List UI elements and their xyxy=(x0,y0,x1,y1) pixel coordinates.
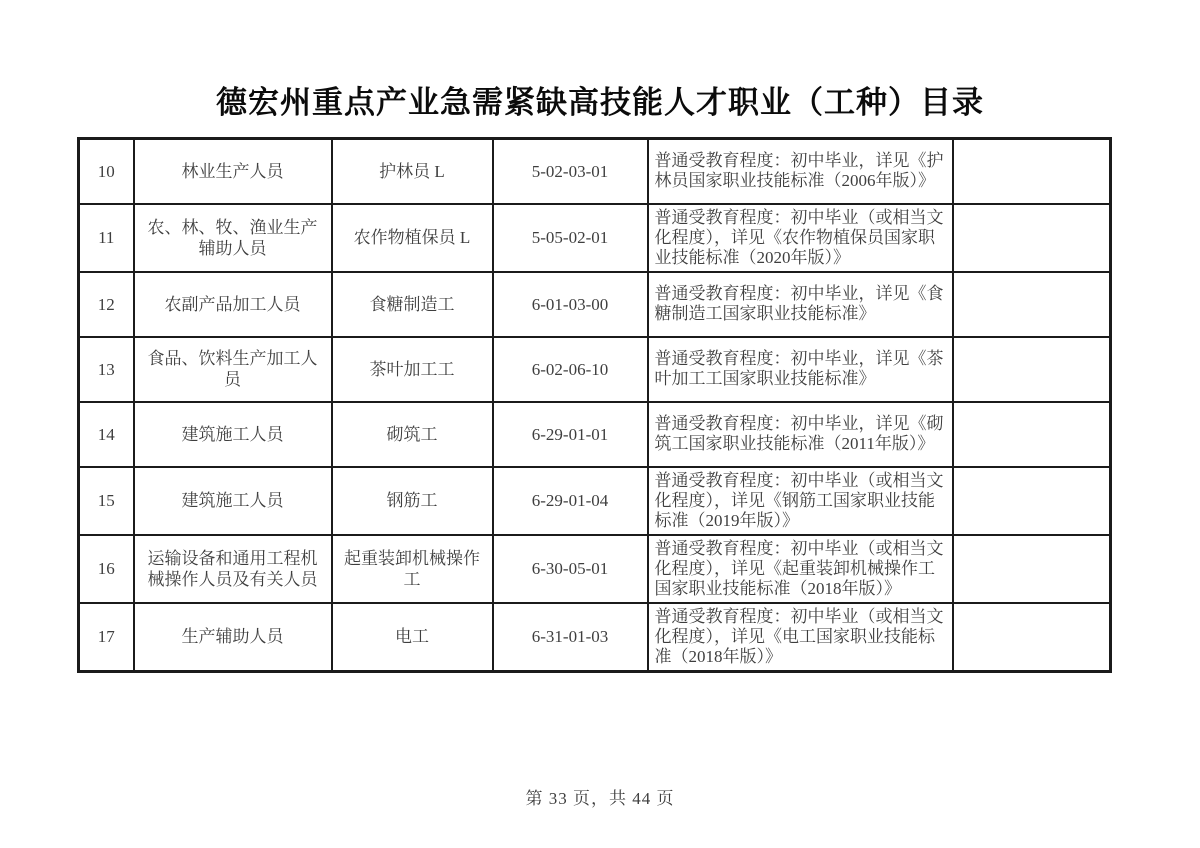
occupation-cell: 农作物植保员 L xyxy=(332,204,493,272)
code-cell: 6-31-01-03 xyxy=(493,603,648,672)
row-number-cell: 11 xyxy=(79,204,134,272)
code-cell: 6-29-01-04 xyxy=(493,467,648,535)
note-cell xyxy=(953,535,1111,603)
note-cell xyxy=(953,204,1111,272)
row-number-cell: 17 xyxy=(79,603,134,672)
table-row: 15 建筑施工人员 钢筋工 6-29-01-04 普通受教育程度：初中毕业（或相… xyxy=(79,467,1111,535)
table-row: 14 建筑施工人员 砌筑工 6-29-01-01 普通受教育程度：初中毕业，详见… xyxy=(79,402,1111,467)
row-number-cell: 15 xyxy=(79,467,134,535)
table-row: 11 农、林、牧、渔业生产辅助人员 农作物植保员 L 5-05-02-01 普通… xyxy=(79,204,1111,272)
note-cell xyxy=(953,337,1111,402)
occupation-cell: 茶叶加工工 xyxy=(332,337,493,402)
occupation-cell: 钢筋工 xyxy=(332,467,493,535)
occupation-cell: 电工 xyxy=(332,603,493,672)
occupation-cell: 砌筑工 xyxy=(332,402,493,467)
requirement-cell: 普通受教育程度：初中毕业（或相当文化程度），详见《钢筋工国家职业技能标准（201… xyxy=(648,467,953,535)
category-cell: 食品、饮料生产加工人员 xyxy=(134,337,332,402)
code-cell: 5-05-02-01 xyxy=(493,204,648,272)
requirement-cell: 普通受教育程度：初中毕业，详见《茶叶加工工国家职业技能标准》 xyxy=(648,337,953,402)
category-cell: 生产辅助人员 xyxy=(134,603,332,672)
row-number-cell: 16 xyxy=(79,535,134,603)
table-row: 16 运输设备和通用工程机械操作人员及有关人员 起重装卸机械操作工 6-30-0… xyxy=(79,535,1111,603)
note-cell xyxy=(953,467,1111,535)
row-number-cell: 12 xyxy=(79,272,134,337)
category-cell: 农副产品加工人员 xyxy=(134,272,332,337)
code-cell: 5-02-03-01 xyxy=(493,139,648,204)
requirement-cell: 普通受教育程度：初中毕业，详见《砌筑工国家职业技能标准（2011年版）》 xyxy=(648,402,953,467)
requirement-cell: 普通受教育程度：初中毕业，详见《护林员国家职业技能标准（2006年版）》 xyxy=(648,139,953,204)
category-cell: 建筑施工人员 xyxy=(134,402,332,467)
table-row: 12 农副产品加工人员 食糖制造工 6-01-03-00 普通受教育程度：初中毕… xyxy=(79,272,1111,337)
code-cell: 6-29-01-01 xyxy=(493,402,648,467)
page-footer: 第 33 页，共 44 页 xyxy=(0,784,1200,809)
catalog-table: 10 林业生产人员 护林员 L 5-02-03-01 普通受教育程度：初中毕业，… xyxy=(77,137,1112,673)
note-cell xyxy=(953,603,1111,672)
occupation-cell: 食糖制造工 xyxy=(332,272,493,337)
occupation-cell: 起重装卸机械操作工 xyxy=(332,535,493,603)
note-cell xyxy=(953,402,1111,467)
category-cell: 农、林、牧、渔业生产辅助人员 xyxy=(134,204,332,272)
requirement-cell: 普通受教育程度：初中毕业（或相当文化程度），详见《电工国家职业技能标准（2018… xyxy=(648,603,953,672)
requirement-cell: 普通受教育程度：初中毕业，详见《食糖制造工国家职业技能标准》 xyxy=(648,272,953,337)
category-cell: 建筑施工人员 xyxy=(134,467,332,535)
row-number-cell: 13 xyxy=(79,337,134,402)
table-row: 13 食品、饮料生产加工人员 茶叶加工工 6-02-06-10 普通受教育程度：… xyxy=(79,337,1111,402)
page-title: 德宏州重点产业急需紧缺高技能人才职业（工种）目录 xyxy=(0,84,1200,122)
code-cell: 6-01-03-00 xyxy=(493,272,648,337)
note-cell xyxy=(953,139,1111,204)
row-number-cell: 14 xyxy=(79,402,134,467)
requirement-cell: 普通受教育程度：初中毕业（或相当文化程度），详见《起重装卸机械操作工国家职业技能… xyxy=(648,535,953,603)
category-cell: 林业生产人员 xyxy=(134,139,332,204)
requirement-cell: 普通受教育程度：初中毕业（或相当文化程度），详见《农作物植保员国家职业技能标准（… xyxy=(648,204,953,272)
row-number-cell: 10 xyxy=(79,139,134,204)
code-cell: 6-30-05-01 xyxy=(493,535,648,603)
category-cell: 运输设备和通用工程机械操作人员及有关人员 xyxy=(134,535,332,603)
table-row: 10 林业生产人员 护林员 L 5-02-03-01 普通受教育程度：初中毕业，… xyxy=(79,139,1111,204)
note-cell xyxy=(953,272,1111,337)
occupation-cell: 护林员 L xyxy=(332,139,493,204)
table-row: 17 生产辅助人员 电工 6-31-01-03 普通受教育程度：初中毕业（或相当… xyxy=(79,603,1111,672)
document-page: 德宏州重点产业急需紧缺高技能人才职业（工种）目录 10 林业生产人员 护林员 L… xyxy=(0,0,1200,848)
code-cell: 6-02-06-10 xyxy=(493,337,648,402)
